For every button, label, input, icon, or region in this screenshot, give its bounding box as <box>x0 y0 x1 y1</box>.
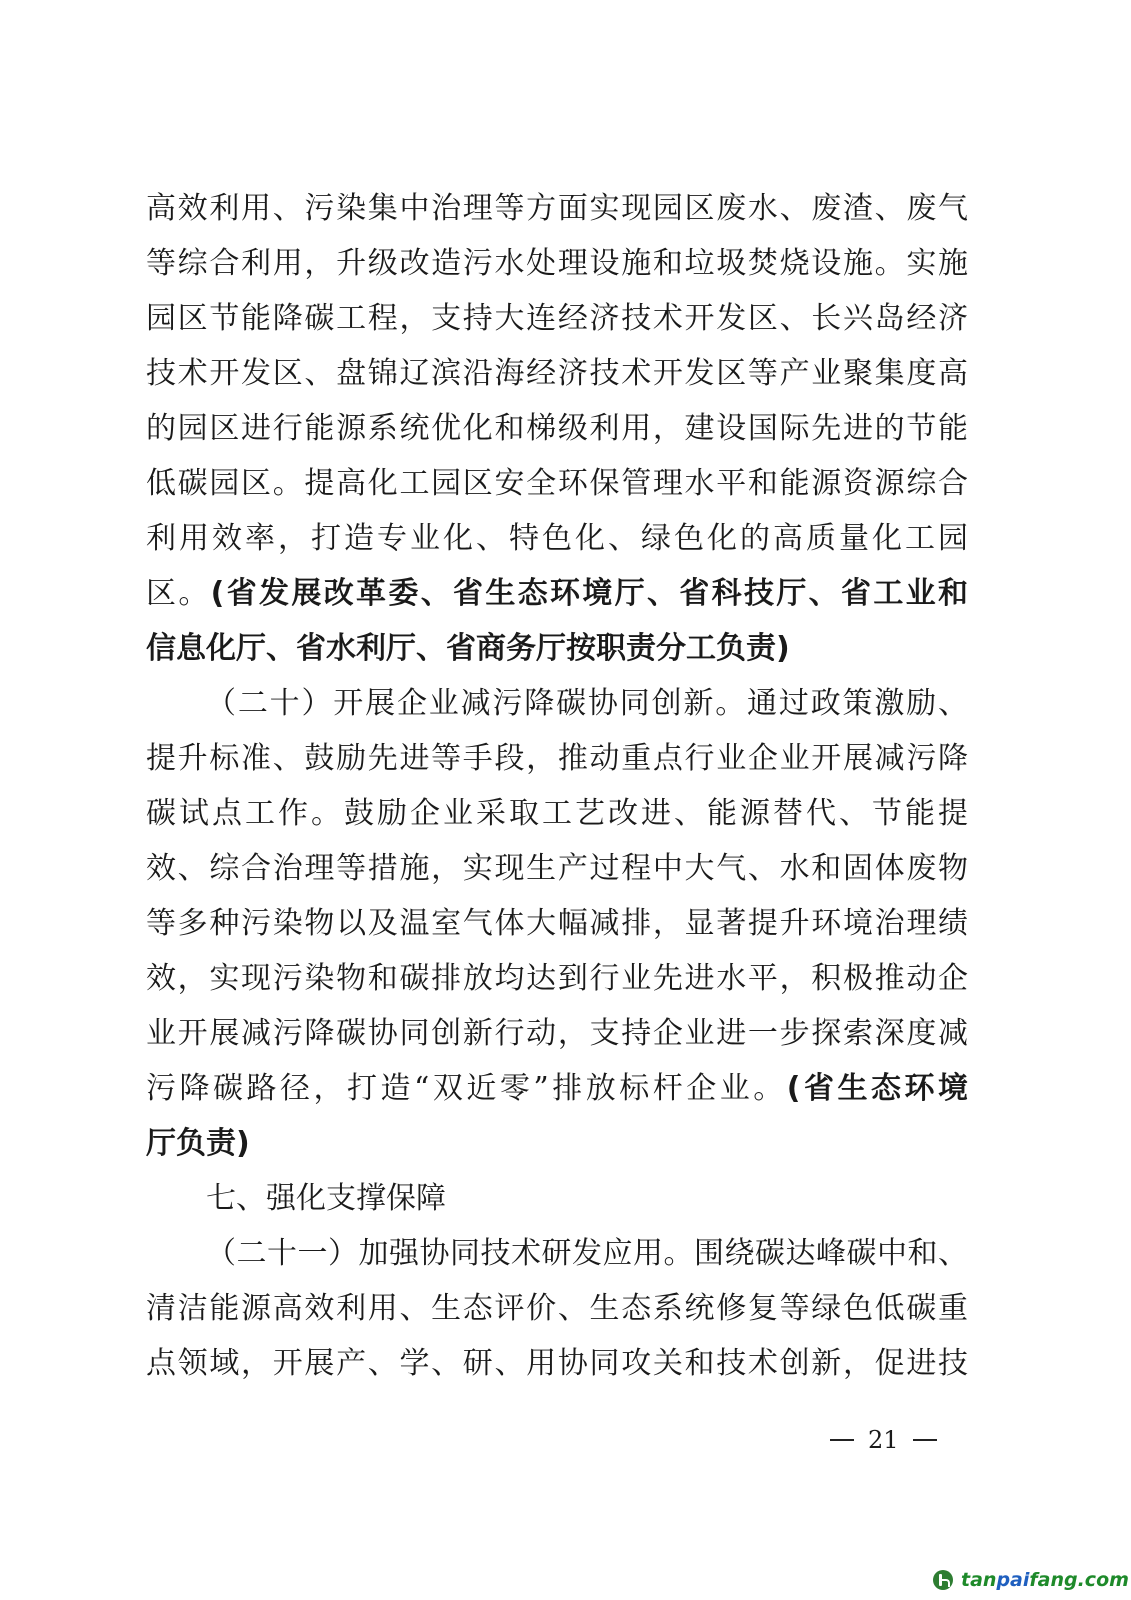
text-segment: 利用效率，打造专业化、特色化、绿色化的高质量化工园 <box>146 521 968 556</box>
text-segment: 效、综合治理等措施，实现生产过程中大气、水和固体废物 <box>146 851 968 886</box>
text-line: 信息化厅、省水利厅、省商务厅按职责分工负责) <box>146 621 968 676</box>
document-page: 高效利用、污染集中治理等方面实现园区废水、废渣、废气等综合利用，升级改造污水处理… <box>0 0 1131 1600</box>
text-segment: 碳试点工作。鼓励企业采取工艺改进、能源替代、节能提 <box>146 796 968 831</box>
text-segment: 区。 <box>146 576 211 611</box>
text-segment: 高效利用、污染集中治理等方面实现园区废水、废渣、废气 <box>146 191 968 226</box>
text-line: 污降碳路径，打造“双近零”排放标杆企业。(省生态环境 <box>146 1061 968 1116</box>
text-line: 提升标准、鼓励先进等手段，推动重点行业企业开展减污降 <box>146 731 968 786</box>
text-segment: 清洁能源高效利用、生态评价、生态系统修复等绿色低碳重 <box>146 1291 968 1326</box>
responsible-department: 厅负责) <box>146 1126 250 1161</box>
watermark-text-3: fang.com <box>1029 1569 1129 1591</box>
text-segment: 技术开发区、盘锦辽滨沿海经济技术开发区等产业聚集度高 <box>146 356 968 391</box>
text-segment: 提升标准、鼓励先进等手段，推动重点行业企业开展减污降 <box>146 741 968 776</box>
text-line: 等多种污染物以及温室气体大幅减排，显著提升环境治理绩 <box>146 896 968 951</box>
watermark-text-1: tan <box>961 1569 996 1591</box>
watermark-text-2: pai <box>996 1569 1029 1591</box>
text-line: （二十）开展企业减污降碳协同创新。通过政策激励、 <box>146 676 968 731</box>
text-line: 效，实现污染物和碳排放均达到行业先进水平，积极推动企 <box>146 951 968 1006</box>
watermark: tanpaifang.com <box>933 1564 1129 1596</box>
text-line: （二十一）加强协同技术研发应用。围绕碳达峰碳中和、 <box>146 1226 968 1281</box>
text-line: 七、强化支撑保障 <box>146 1171 968 1226</box>
text-line: 技术开发区、盘锦辽滨沿海经济技术开发区等产业聚集度高 <box>146 346 968 401</box>
responsible-department: (省发展改革委、省生态环境厅、省科技厅、省工业和 <box>211 576 968 611</box>
text-segment: 园区节能降碳工程，支持大连经济技术开发区、长兴岛经济 <box>146 301 968 336</box>
page-number: 21 <box>830 1420 937 1460</box>
text-segment: 污降碳路径，打造“双近零”排放标杆企业。 <box>146 1071 787 1106</box>
tanpaifang-logo-icon <box>933 1570 953 1590</box>
text-line: 清洁能源高效利用、生态评价、生态系统修复等绿色低碳重 <box>146 1281 968 1336</box>
text-segment: 业开展减污降碳协同创新行动，支持企业进一步探索深度减 <box>146 1016 968 1051</box>
text-line: 点领域，开展产、学、研、用协同攻关和技术创新，促进技 <box>146 1336 968 1391</box>
dash-left <box>830 1439 854 1441</box>
text-line: 利用效率，打造专业化、特色化、绿色化的高质量化工园 <box>146 511 968 566</box>
text-line: 业开展减污降碳协同创新行动，支持企业进一步探索深度减 <box>146 1006 968 1061</box>
text-line: 高效利用、污染集中治理等方面实现园区废水、废渣、废气 <box>146 181 968 236</box>
text-segment: （二十）开展企业减污降碳协同创新。通过政策激励、 <box>206 686 968 721</box>
dash-right <box>913 1439 937 1441</box>
text-line: 的园区进行能源系统优化和梯级利用，建设国际先进的节能 <box>146 401 968 456</box>
responsible-department: (省生态环境 <box>787 1071 968 1106</box>
text-line: 低碳园区。提高化工园区安全环保管理水平和能源资源综合 <box>146 456 968 511</box>
text-segment: 等多种污染物以及温室气体大幅减排，显著提升环境治理绩 <box>146 906 968 941</box>
text-segment: （二十一）加强协同技术研发应用。围绕碳达峰碳中和、 <box>206 1236 968 1271</box>
text-segment: 低碳园区。提高化工园区安全环保管理水平和能源资源综合 <box>146 466 968 501</box>
text-segment: 的园区进行能源系统优化和梯级利用，建设国际先进的节能 <box>146 411 968 446</box>
text-line: 园区节能降碳工程，支持大连经济技术开发区、长兴岛经济 <box>146 291 968 346</box>
section-heading: 七、强化支撑保障 <box>206 1181 446 1216</box>
text-segment: 等综合利用，升级改造污水处理设施和垃圾焚烧设施。实施 <box>146 246 968 281</box>
text-line: 碳试点工作。鼓励企业采取工艺改进、能源替代、节能提 <box>146 786 968 841</box>
text-segment: 效，实现污染物和碳排放均达到行业先进水平，积极推动企 <box>146 961 968 996</box>
text-line: 区。(省发展改革委、省生态环境厅、省科技厅、省工业和 <box>146 566 968 621</box>
text-segment: 点领域，开展产、学、研、用协同攻关和技术创新，促进技 <box>146 1346 968 1381</box>
text-line: 厅负责) <box>146 1116 968 1171</box>
responsible-department: 信息化厅、省水利厅、省商务厅按职责分工负责) <box>146 631 790 666</box>
text-line: 效、综合治理等措施，实现生产过程中大气、水和固体废物 <box>146 841 968 896</box>
page-number-value: 21 <box>868 1420 899 1460</box>
text-line: 等综合利用，升级改造污水处理设施和垃圾焚烧设施。实施 <box>146 236 968 291</box>
document-body: 高效利用、污染集中治理等方面实现园区废水、废渣、废气等综合利用，升级改造污水处理… <box>146 181 968 1391</box>
